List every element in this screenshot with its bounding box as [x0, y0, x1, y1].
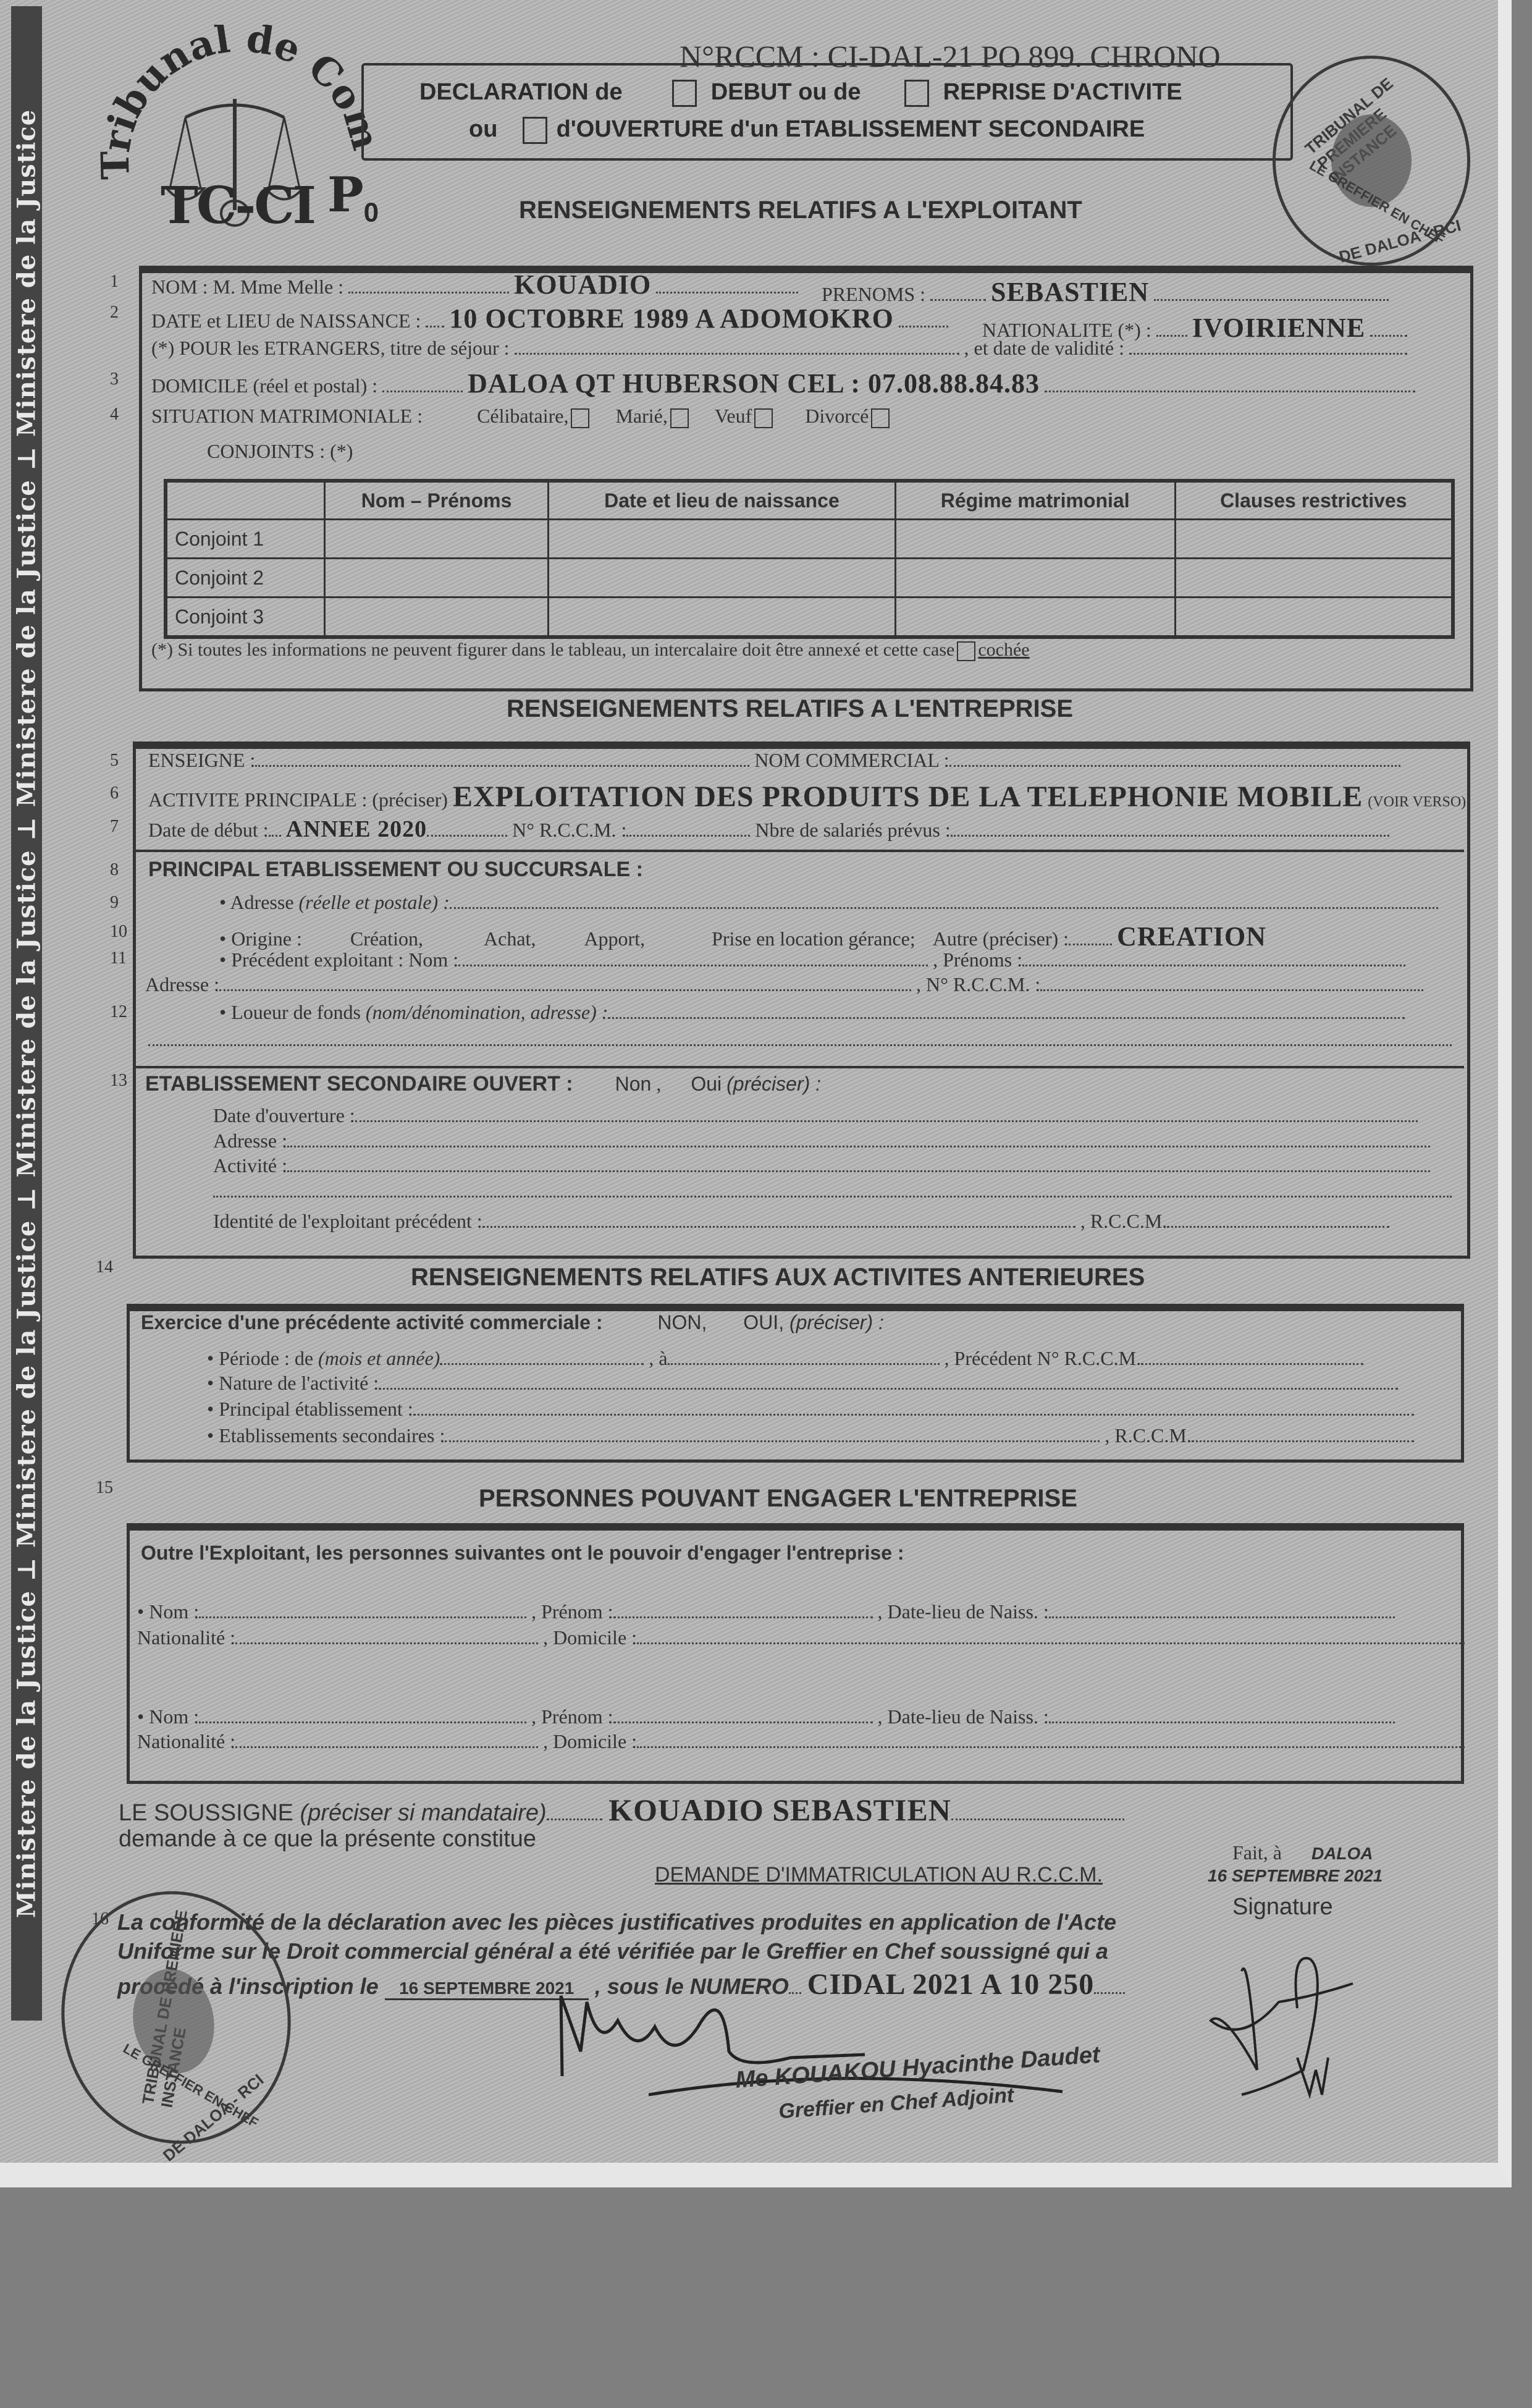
table-header-row: Nom – Prénoms Date et lieu de naissance …	[166, 481, 1453, 520]
date-debut-field[interactable]: Date de début : ANNEE 2020 N° R.C.C.M. :…	[148, 816, 1389, 843]
enseigne-field[interactable]: ENSEIGNE : NOM COMMERCIAL :	[148, 749, 1400, 772]
date-ouverture-field[interactable]: Date d'ouverture :	[213, 1104, 1418, 1127]
section-title-personnes: PERSONNES POUVANT ENGAGER L'ENTREPRISE	[479, 1485, 1077, 1513]
activite-value: EXPLOITATION DES PRODUITS DE LA TELEPHON…	[453, 780, 1363, 813]
exercice-non[interactable]: NON,	[657, 1311, 707, 1333]
veuf-checkbox[interactable]	[754, 408, 773, 428]
date-debut-value: ANNEE 2020	[286, 816, 427, 842]
secondaire-non[interactable]: Non	[615, 1073, 652, 1095]
etablissement-secondaire-row: ETABLISSEMENT SECONDAIRE OUVERT : Non , …	[145, 1072, 821, 1096]
secondaire-oui[interactable]: Oui	[691, 1073, 722, 1095]
ouverture-label: d'OUVERTURE d'un ETABLISSEMENT SECONDAIR…	[557, 116, 1145, 142]
declarant-signature-icon	[1205, 1946, 1390, 2107]
personne-2-nationalite-row[interactable]: Nationalité : , Domicile :	[137, 1730, 1465, 1753]
divider	[136, 1066, 1464, 1068]
activite-principale-field[interactable]: ACTIVITE PRINCIPALE : (préciser) EXPLOIT…	[148, 780, 1466, 814]
fait-a: Fait, à DALOA	[1232, 1841, 1373, 1864]
etablissements-secondaires-field[interactable]: • Etablissements secondaires : , R.C.C.M…	[207, 1424, 1414, 1447]
table-row: Conjoint 2	[166, 559, 1453, 598]
exercice-row: Exercice d'une précédente activité comme…	[141, 1311, 884, 1334]
debut-checkbox[interactable]	[672, 80, 697, 107]
precedent-adresse-field[interactable]: Adresse : , N° R.C.C.M. :	[145, 973, 1423, 996]
principal-etablissement-field[interactable]: • Principal établissement :	[207, 1398, 1414, 1421]
exercice-oui[interactable]: OUI,	[743, 1311, 784, 1333]
section-title-exploitant: RENSEIGNEMENTS RELATIFS A L'EXPLOITANT	[519, 196, 1082, 224]
personne-2-nom-row[interactable]: • Nom : , Prénom : , Date-lieu de Naiss.…	[137, 1705, 1395, 1728]
soussigne-value: KOUADIO SEBASTIEN	[608, 1793, 951, 1827]
sec-adresse-field[interactable]: Adresse :	[213, 1130, 1430, 1152]
side-band-text: Ministere de la Justice ⊥ Ministere de l…	[12, 109, 41, 1917]
origine-field[interactable]: • Origine : Création, Achat, Apport, Pri…	[219, 921, 1266, 952]
demande-line: demande à ce que la présente constitue	[119, 1826, 536, 1852]
domicile-value: DALOA QT HUBERSON CEL : 07.08.88.84.83	[468, 368, 1040, 399]
divorce-checkbox[interactable]	[871, 408, 890, 428]
personnes-intro: Outre l'Exploitant, les personnes suivan…	[141, 1542, 904, 1565]
dotted-line	[213, 1196, 1452, 1198]
personne-1-nationalite-row[interactable]: Nationalité : , Domicile :	[137, 1626, 1465, 1649]
loueur-fonds-field[interactable]: • Loueur de fonds (nom/dénomination, adr…	[219, 1001, 1405, 1024]
nom-value: KOUADIO	[514, 269, 651, 300]
marie-checkbox[interactable]	[670, 408, 689, 428]
principal-etablissement-title: PRINCIPAL ETABLISSEMENT OU SUCCURSALE :	[148, 858, 643, 882]
reprise-checkbox[interactable]	[904, 80, 929, 107]
reprise-label: REPRISE D'ACTIVITE	[943, 79, 1182, 105]
table-row: Conjoint 1	[166, 520, 1453, 559]
tribunal-stamp-top: TRIBUNAL DE PREMIERE INSTANCE LE GREFFIE…	[1273, 56, 1470, 266]
naissance-value: 10 OCTOBRE 1989 A ADOMOKRO	[449, 303, 894, 334]
logo-tc-ci: TC-CI	[161, 176, 314, 235]
situation-matrimoniale: SITUATION MATRIMONIALE : Célibataire, Ma…	[151, 405, 892, 428]
document-page: Ministere de la Justice ⊥ Ministere de l…	[0, 0, 1512, 2187]
identite-exploitant-field[interactable]: Identité de l'exploitant précédent : , R…	[213, 1210, 1389, 1233]
ouverture-checkbox[interactable]	[523, 117, 547, 144]
section-title-entreprise: RENSEIGNEMENTS RELATIFS A L'ENTREPRISE	[507, 695, 1073, 723]
or-label: ou	[469, 116, 497, 142]
celibataire-checkbox[interactable]	[571, 408, 589, 428]
debut-label: DEBUT ou de	[711, 79, 861, 105]
fait-date: 16 SEPTEMBRE 2021	[1208, 1866, 1383, 1886]
conjoints-footnote: (*) Si toutes les informations ne peuven…	[151, 640, 1030, 661]
soussigne-field[interactable]: LE SOUSSIGNE (préciser si mandataire) KO…	[119, 1792, 1124, 1828]
domicile-field[interactable]: DOMICILE (réel et postal) : DALOA QT HUB…	[151, 368, 1415, 399]
signature-label: Signature	[1232, 1894, 1333, 1920]
conjoints-label: CONJOINTS : (*)	[207, 440, 353, 463]
fait-lieu: DALOA	[1311, 1844, 1373, 1863]
ministere-side-band: Ministere de la Justice ⊥ Ministere de l…	[11, 6, 42, 2021]
prenoms-value: SEBASTIEN	[991, 277, 1149, 307]
pe-adresse-field[interactable]: • Adresse (réelle et postale) :	[219, 891, 1438, 914]
personne-1-nom-row[interactable]: • Nom : , Prénom : , Date-lieu de Naiss.…	[137, 1600, 1395, 1623]
divider	[136, 850, 1464, 852]
titre-sejour-field[interactable]: (*) POUR les ETRANGERS, titre de séjour …	[151, 337, 1407, 360]
table-row: Conjoint 3	[166, 598, 1453, 638]
nom-field[interactable]: NOM : M. Mme Melle : KOUADIO	[151, 269, 798, 300]
nature-activite-field[interactable]: • Nature de l'activité :	[207, 1372, 1398, 1395]
precedent-exploitant-field[interactable]: • Précédent exploitant : Nom : , Prénoms…	[219, 948, 1405, 971]
intercalaire-checkbox[interactable]	[957, 641, 975, 661]
section-title-anterieures: RENSEIGNEMENTS RELATIFS AUX ACTIVITES AN…	[411, 1264, 1145, 1291]
dotted-line	[148, 1044, 1452, 1046]
demande-title: DEMANDE D'IMMATRICULATION AU R.C.C.M.	[655, 1863, 1103, 1887]
conjoints-table: Nom – Prénoms Date et lieu de naissance …	[164, 479, 1455, 639]
declaration-label: DECLARATION de	[419, 79, 623, 105]
periode-field[interactable]: • Période : de (mois et année) , à , Pré…	[207, 1347, 1363, 1370]
form-code: P0	[327, 167, 379, 229]
sec-activite-field[interactable]: Activité :	[213, 1154, 1430, 1177]
origine-value: CREATION	[1117, 921, 1266, 952]
scanner-background	[0, 2187, 1532, 2408]
conformite-line-1: La conformité de la déclaration avec les…	[117, 1909, 1116, 1935]
declaration-box: DECLARATION de DEBUT ou de REPRISE D'ACT…	[361, 63, 1293, 161]
naissance-field[interactable]: DATE et LIEU de NAISSANCE : 10 OCTOBRE 1…	[151, 303, 948, 334]
